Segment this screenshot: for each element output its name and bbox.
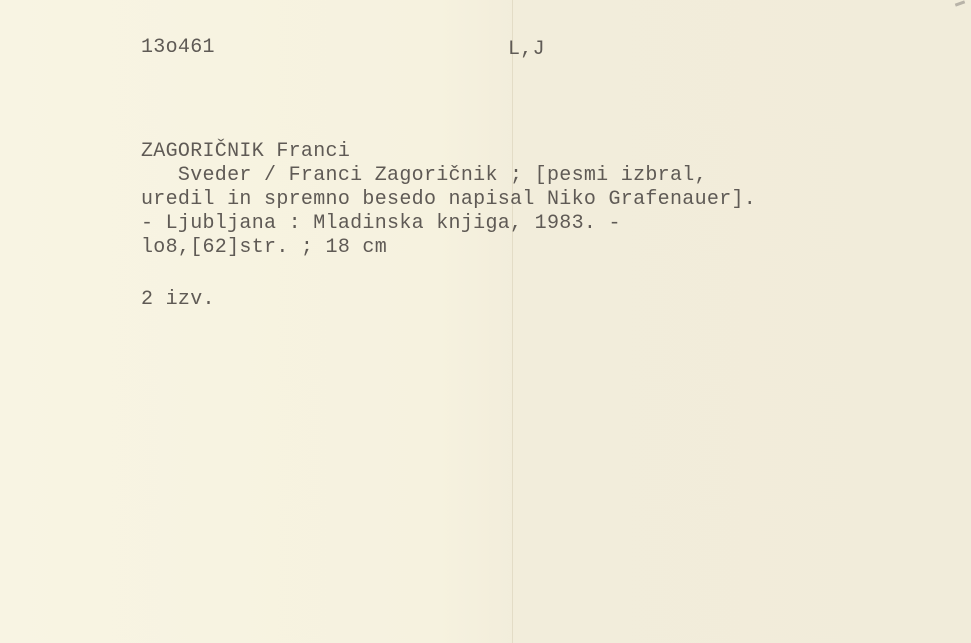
accession-number: 13o461 <box>141 36 215 60</box>
corner-mark <box>955 0 965 6</box>
publication-statement: - Ljubljana : Mladinska knjiga, 1983. - <box>141 212 621 236</box>
author-heading: ZAGORIČNIK Franci <box>141 140 350 164</box>
copies-count: 2 izv. <box>141 288 215 312</box>
catalog-card: 13o461 L,J ZAGORIČNIK Franci Sveder / Fr… <box>0 0 971 643</box>
responsibility-statement: uredil in spremno besedo napisal Niko Gr… <box>141 188 756 212</box>
card-fold-line <box>512 0 513 643</box>
title-statement: Sveder / Franci Zagoričnik ; [pesmi izbr… <box>141 164 707 188</box>
call-signature: L,J <box>508 38 545 62</box>
physical-description: lo8,[62]str. ; 18 cm <box>141 236 387 260</box>
